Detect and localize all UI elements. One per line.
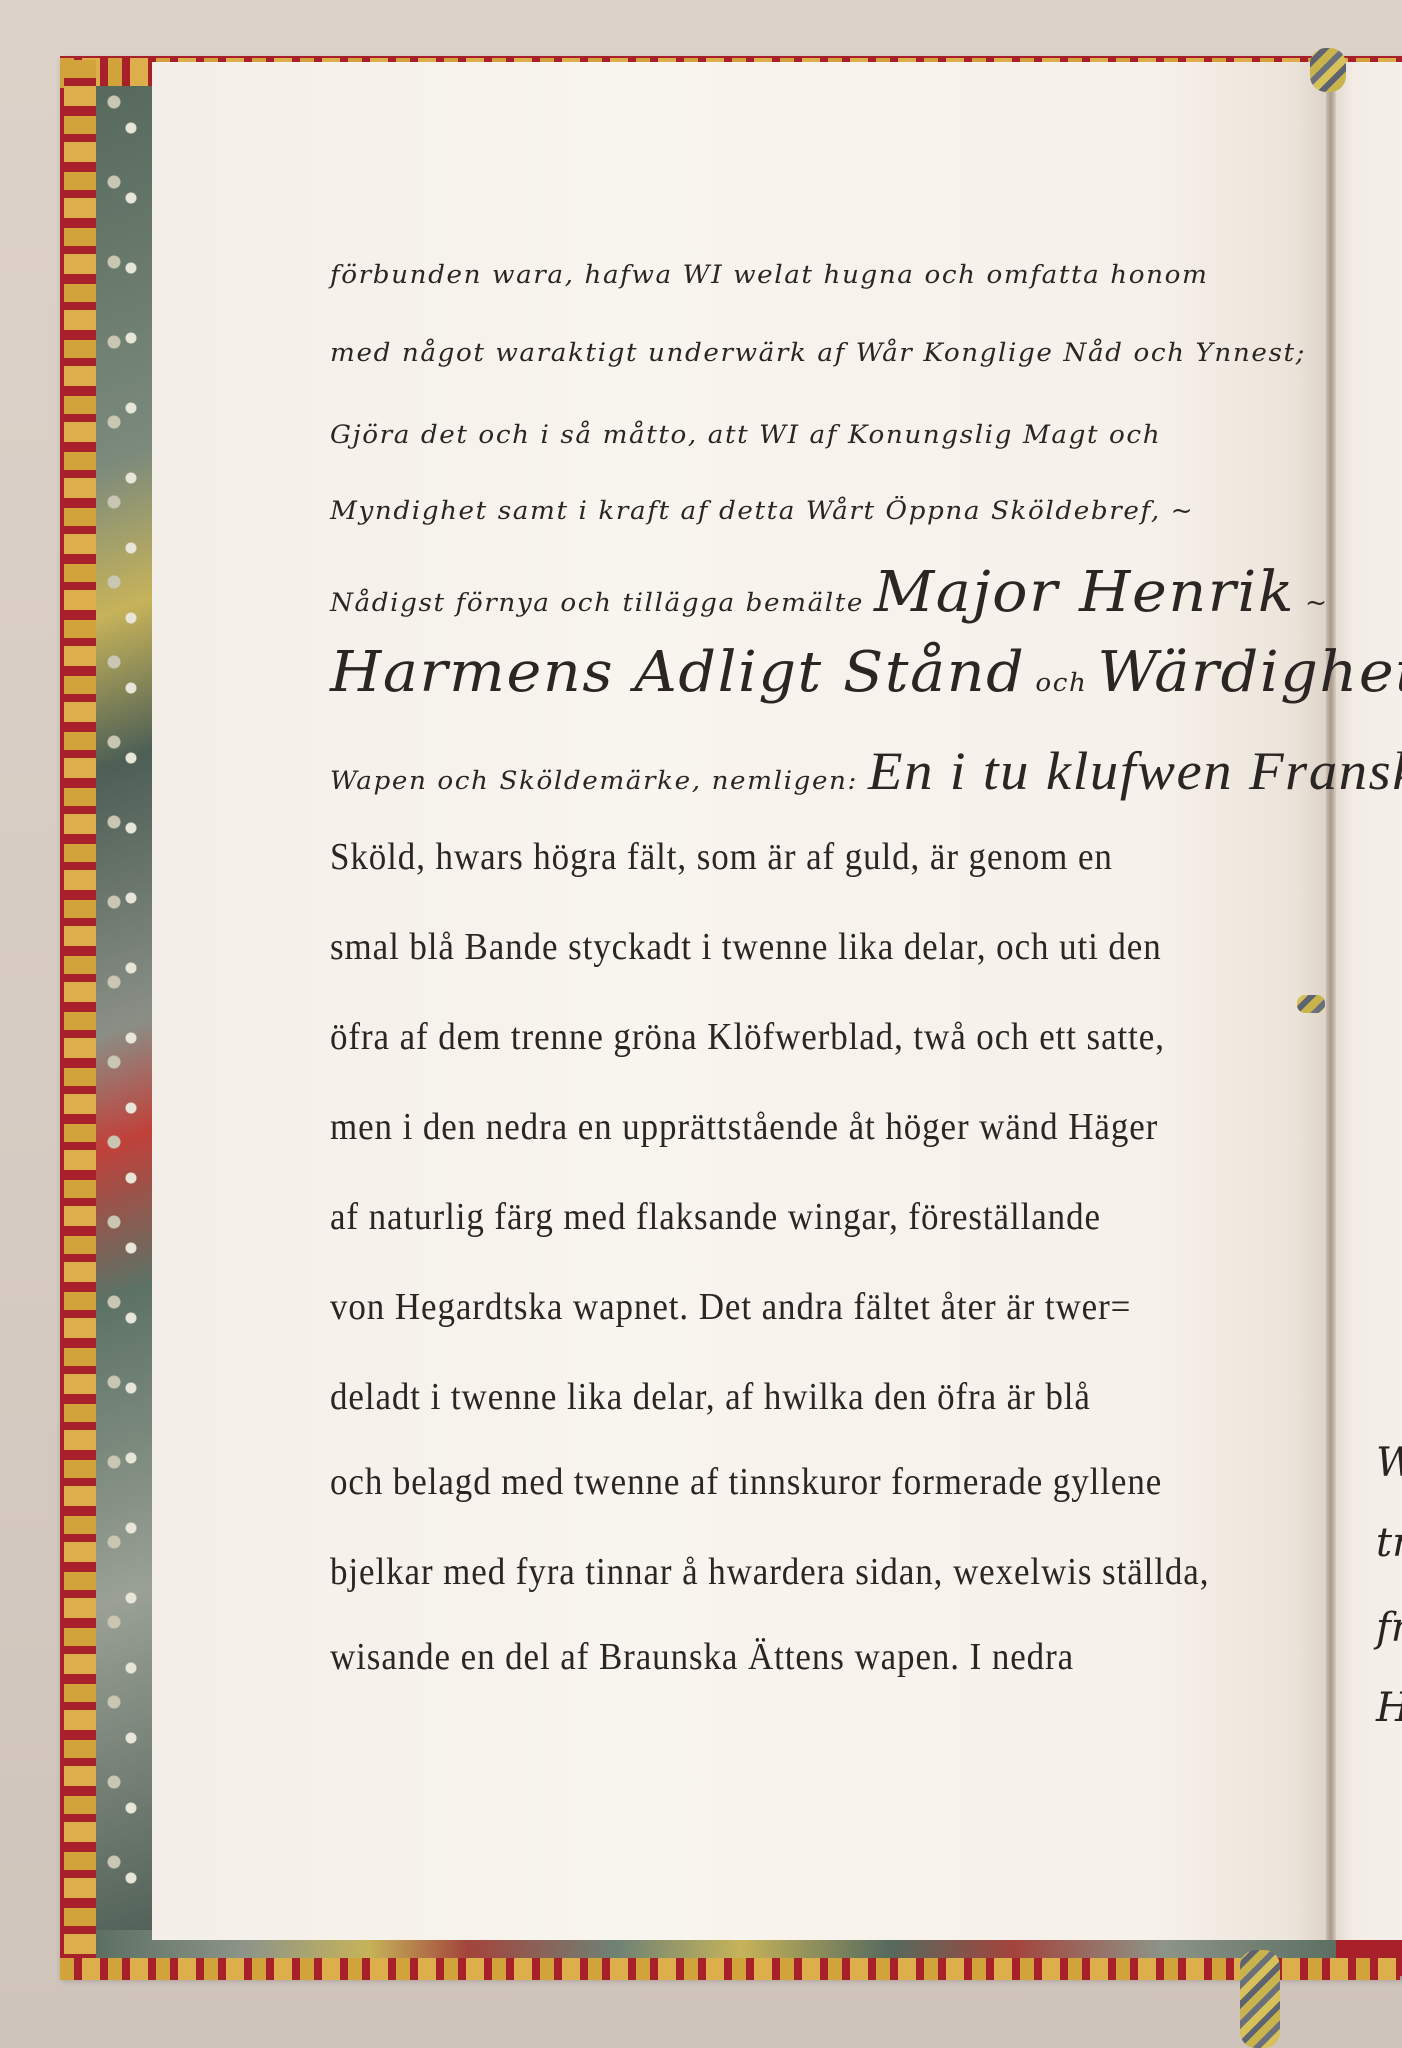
text-line-5: Nådigst förnya och tillägga bemälte Majo… [330,560,1329,625]
right-page-fragment-3: fr [1376,1605,1402,1651]
binding-cord-tassel-icon [1240,1950,1280,2048]
text-line-2: med något waraktigt underwärk af Wår Kon… [330,338,1306,367]
text-line-15: och belagd med twenne af tinnskuror form… [330,1460,1162,1504]
right-page-fragment-4: H [1376,1685,1402,1731]
grantee-name-surname: Harmens Adligt Stånd [330,640,1025,705]
text-line-7-prefix: Wapen och Sköldemärke, nemligen: [330,766,858,795]
book-gutter [1326,90,1336,1940]
right-page-fragment-2: tr [1376,1520,1402,1566]
text-line-10: öfra af dem trenne gröna Klöfwerblad, tw… [330,1015,1165,1059]
right-page-fragment-1: W [1376,1440,1402,1486]
text-line-5-prefix: Nådigst förnya och tillägga bemälte [330,588,864,617]
text-line-12: af naturlig färg med flaksande wingar, f… [330,1195,1101,1239]
grantee-name-first: Major Henrik [874,560,1295,625]
text-line-6-mid: och [1035,668,1087,697]
text-line-7-emphasis: En i tu klufwen Fransk [868,741,1402,801]
text-line-13: von Hegardtska wapnet. Det andra fältet … [330,1285,1131,1329]
gilt-border-left [64,60,96,1978]
text-line-4: Myndighet samt i kraft af detta Wårt Öpp… [330,496,1194,525]
text-line-6: Harmens Adligt Stånd och Wärdighet samt … [330,640,1402,705]
gilt-border-bottom [60,1958,1400,1980]
text-line-9: smal blå Bande styckadt i twenne lika de… [330,925,1162,969]
text-line-1: förbunden wara, hafwa WI welat hugna och… [330,260,1208,289]
text-line-11: men i den nedra en upprättstående åt hög… [330,1105,1158,1149]
text-line-8: Sköld, hwars högra fält, som är af guld,… [330,835,1113,879]
text-line-6-emphasis2: Wärdighet [1097,640,1402,705]
text-line-16: bjelkar med fyra tinnar å hwardera sidan… [330,1550,1209,1594]
text-line-14: deladt i twenne lika delar, af hwilka de… [330,1375,1091,1419]
binding-cord-stitch-icon [1297,995,1325,1013]
text-line-3: Gjöra det och i så måtto, att WI af Konu… [330,420,1161,449]
binding-cord-top-icon [1310,48,1346,92]
text-line-17: wisande en del af Braunska Ättens wapen.… [330,1635,1074,1679]
text-line-7: Wapen och Sköldemärke, nemligen: En i tu… [330,740,1402,802]
marbled-endpaper-left [96,86,154,1966]
text-line-5-suffix: ~ [1305,588,1329,617]
right-page [1334,62,1402,1940]
